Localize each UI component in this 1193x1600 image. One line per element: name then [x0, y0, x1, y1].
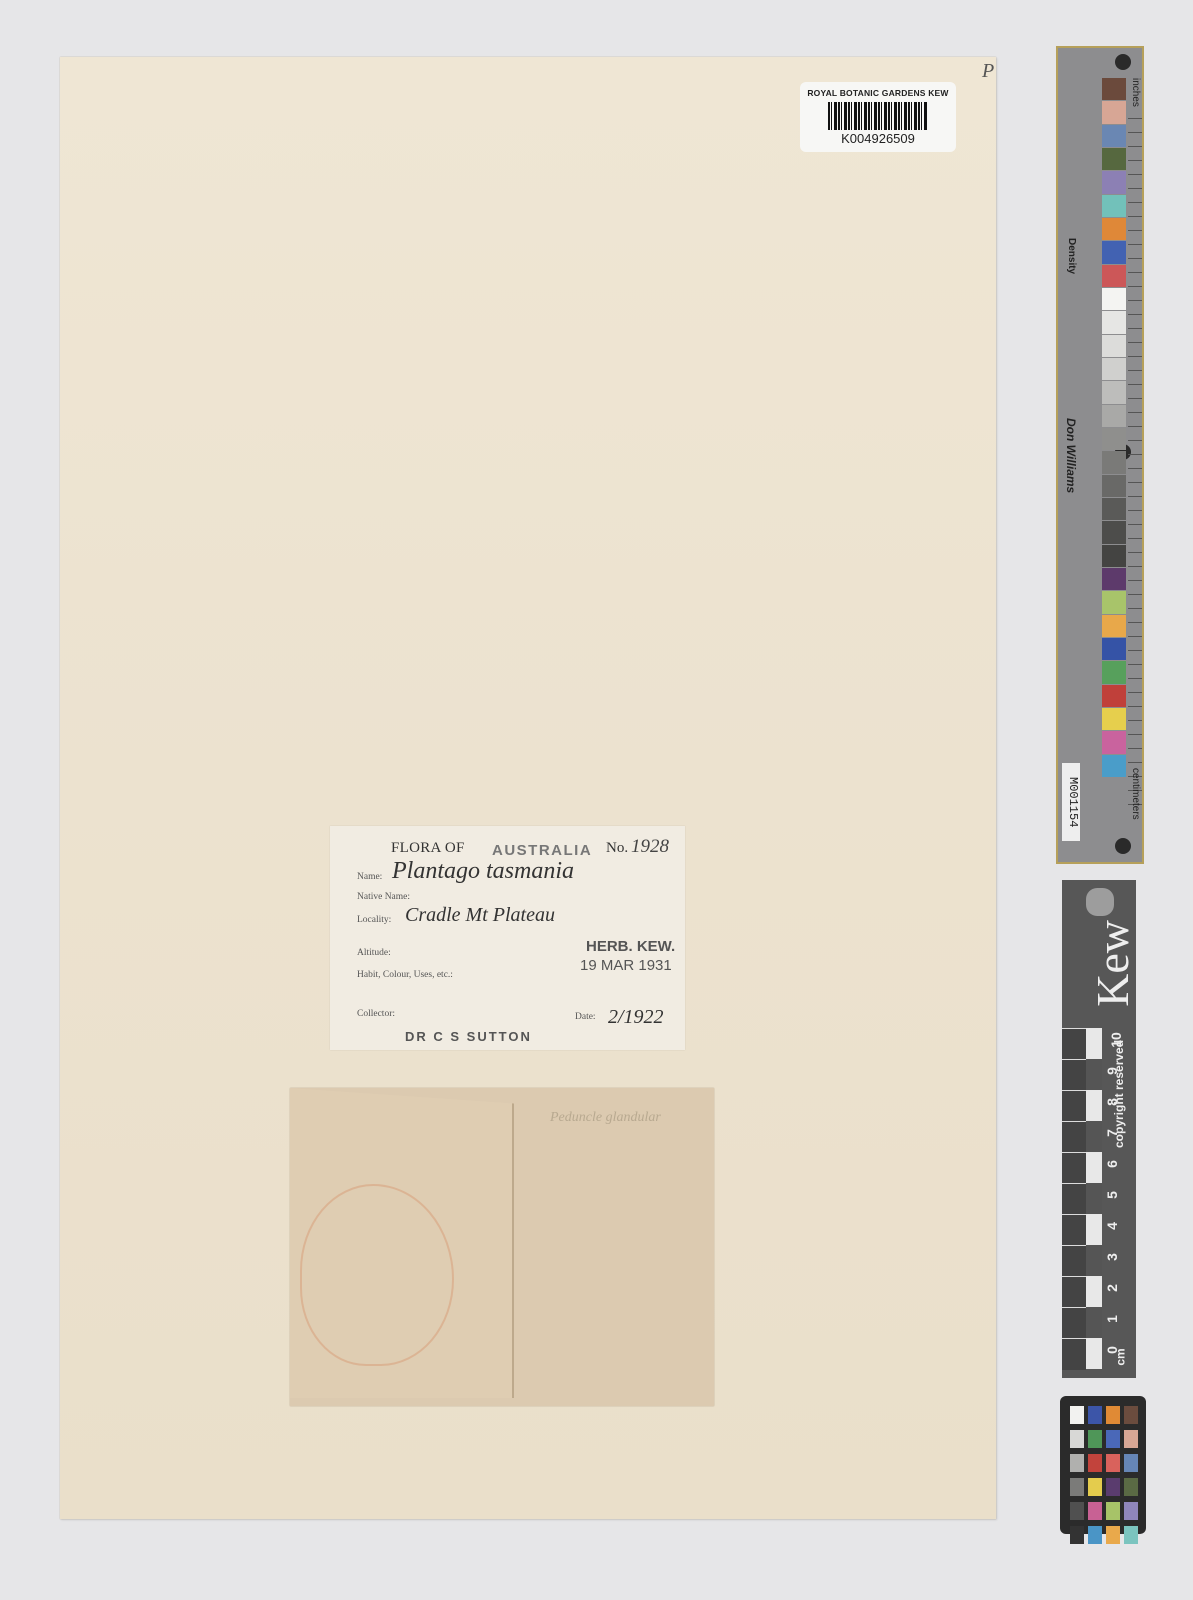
label-header-country: AUSTRALIA	[492, 842, 592, 859]
date-label: Date:	[575, 1012, 596, 1022]
collector-value: DR C S SUTTON	[405, 1029, 532, 1044]
color-patch	[1102, 661, 1126, 683]
inches-label: inches	[1130, 78, 1141, 107]
scale-segment	[1062, 1245, 1086, 1277]
scale-segment	[1062, 1059, 1086, 1091]
color-patch	[1102, 125, 1126, 147]
altitude-label: Altitude:	[357, 948, 391, 958]
herb-kew-stamp: HERB. KEW.	[586, 938, 675, 955]
copyright-notice: copyright reserved	[1112, 1028, 1140, 1148]
color-patch	[1102, 475, 1126, 497]
scale-segment	[1062, 1090, 1086, 1122]
pencil-note: Peduncle glandular	[550, 1110, 661, 1126]
color-swatch	[1106, 1526, 1120, 1544]
crest-icon	[1086, 888, 1114, 916]
scale-tick	[1086, 1276, 1102, 1307]
color-patch	[1102, 755, 1126, 777]
scale-number: 3	[1104, 1253, 1120, 1261]
color-patch	[1102, 428, 1126, 450]
corner-mark: P	[982, 60, 994, 83]
density-label: Density	[1066, 238, 1077, 274]
scale-tick	[1086, 1059, 1102, 1090]
inch-ruler	[1128, 118, 1142, 818]
color-swatch	[1070, 1478, 1084, 1496]
color-swatch	[1106, 1430, 1120, 1448]
name-label: Name:	[357, 872, 382, 882]
scale-segment	[1062, 1152, 1086, 1184]
color-swatch	[1070, 1454, 1084, 1472]
barcode-number: K004926509	[800, 131, 956, 146]
scale-tick	[1086, 1152, 1102, 1183]
color-patch	[1102, 78, 1126, 100]
name-value: Plantago tasmania	[392, 858, 574, 885]
color-patch	[1102, 405, 1126, 427]
color-swatch	[1088, 1526, 1102, 1544]
color-swatch	[1070, 1430, 1084, 1448]
color-patch	[1102, 335, 1126, 357]
scale-tick	[1086, 1245, 1102, 1276]
color-checker-card	[1060, 1396, 1146, 1534]
color-swatch	[1070, 1406, 1084, 1424]
color-patch	[1102, 381, 1126, 403]
scale-tick	[1086, 1090, 1102, 1121]
color-swatch	[1106, 1502, 1120, 1520]
color-patch	[1102, 311, 1126, 333]
color-swatch	[1088, 1478, 1102, 1496]
scale-segment	[1062, 1028, 1086, 1060]
color-swatch	[1124, 1478, 1138, 1496]
color-swatch	[1124, 1502, 1138, 1520]
label-header-prefix: FLORA OF	[391, 840, 465, 857]
scale-number: 1	[1104, 1315, 1120, 1323]
color-swatch	[1088, 1454, 1102, 1472]
scale-tick	[1086, 1338, 1102, 1369]
institution-name: ROYAL BOTANIC GARDENS KEW	[800, 88, 956, 98]
color-patch	[1102, 265, 1126, 287]
fragment-packet[interactable]: Peduncle glandular	[290, 1088, 714, 1408]
swatch-grid	[1070, 1406, 1138, 1544]
color-swatch	[1070, 1502, 1084, 1520]
locality-label: Locality:	[357, 915, 391, 925]
cm-scale: 109876543210	[1062, 1028, 1102, 1346]
hole-icon	[1115, 54, 1131, 70]
barcode-icon	[828, 102, 928, 130]
color-swatch	[1124, 1526, 1138, 1544]
color-patch	[1102, 288, 1126, 310]
bar-id: M001154	[1062, 763, 1080, 841]
scale-tick	[1086, 1121, 1102, 1152]
color-patch	[1102, 498, 1126, 520]
kew-scale-bar: Kew 109876543210 copyright reserved cm	[1062, 880, 1136, 1378]
scale-segment	[1062, 1276, 1086, 1308]
color-patch	[1102, 218, 1126, 240]
scale-segment	[1062, 1338, 1086, 1370]
scale-tick	[1086, 1307, 1102, 1338]
color-calibration-bar: inches Density Don Williams centimeters …	[1056, 46, 1144, 864]
color-patch	[1102, 521, 1126, 543]
color-patch	[1102, 241, 1126, 263]
brand-label: Don Williams	[1064, 418, 1078, 493]
color-patch	[1102, 195, 1126, 217]
color-swatch	[1088, 1502, 1102, 1520]
scale-segment	[1062, 1121, 1086, 1153]
scale-tick	[1086, 1214, 1102, 1245]
color-swatch	[1124, 1454, 1138, 1472]
color-swatch	[1106, 1406, 1120, 1424]
color-swatch	[1124, 1430, 1138, 1448]
color-patch	[1102, 451, 1126, 473]
color-patch	[1102, 545, 1126, 567]
color-patch	[1102, 171, 1126, 193]
scale-number: 6	[1104, 1160, 1120, 1168]
date-value: 2/1922	[608, 1006, 664, 1029]
scale-segment	[1062, 1183, 1086, 1215]
color-patch	[1102, 638, 1126, 660]
scale-number: 4	[1104, 1222, 1120, 1230]
color-patch	[1102, 591, 1126, 613]
locality-value: Cradle Mt Plateau	[405, 904, 555, 927]
color-swatch	[1070, 1526, 1084, 1544]
scale-tick	[1086, 1028, 1102, 1059]
collection-label: FLORA OF AUSTRALIA No. 1928 Name: Planta…	[330, 826, 685, 1050]
color-swatch	[1106, 1454, 1120, 1472]
scale-segment	[1062, 1214, 1086, 1246]
color-swatch	[1088, 1430, 1102, 1448]
hole-icon	[1115, 838, 1131, 854]
color-patch	[1102, 148, 1126, 170]
color-patch	[1102, 685, 1126, 707]
color-patch	[1102, 731, 1126, 753]
native-name-label: Native Name:	[357, 892, 410, 902]
color-patch	[1102, 708, 1126, 730]
color-swatch	[1124, 1406, 1138, 1424]
color-patch	[1102, 615, 1126, 637]
color-patch	[1102, 568, 1126, 590]
barcode-label: ROYAL BOTANIC GARDENS KEW K004926509	[800, 82, 956, 152]
unit-label: cm	[1114, 1348, 1128, 1365]
number-value: 1928	[631, 836, 669, 858]
habit-label: Habit, Colour, Uses, etc.:	[357, 970, 453, 980]
scale-number: 2	[1104, 1284, 1120, 1292]
scale-tick	[1086, 1183, 1102, 1214]
scale-segment	[1062, 1307, 1086, 1339]
color-patch	[1102, 101, 1126, 123]
color-patch	[1102, 358, 1126, 380]
color-swatch	[1088, 1406, 1102, 1424]
number-label: No.	[606, 840, 628, 857]
centimeters-label: centimeters	[1130, 768, 1141, 820]
stamp-date: 19 MAR 1931	[580, 957, 672, 974]
kew-logo: Kew	[1086, 920, 1139, 1007]
color-swatch	[1106, 1478, 1120, 1496]
collector-label: Collector:	[357, 1009, 395, 1019]
scale-number: 5	[1104, 1191, 1120, 1199]
